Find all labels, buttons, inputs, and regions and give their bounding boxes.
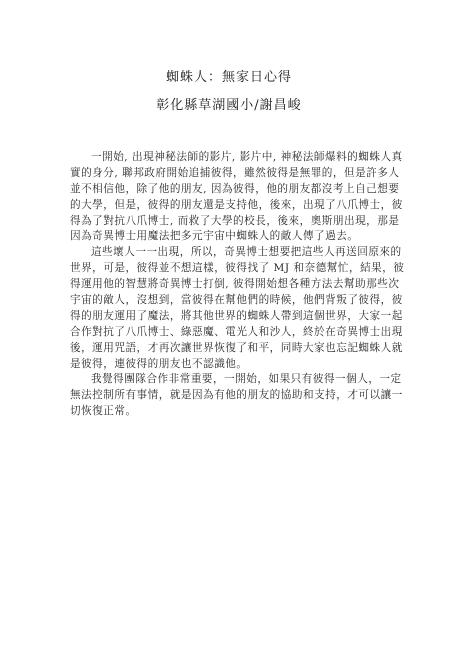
text-line: 無法控制所有事情，就是因為有他的朋友的協助和支持，才可以讓一 [70, 388, 388, 404]
text-line: 實的身分, 聯邦政府開始追捕彼得，雖然彼得是無罪的，但是許多人 [70, 166, 388, 182]
text-line: 後，運用咒語，才再次讓世界恢復了和平，同時大家也忘記蜘蛛人就 [70, 341, 388, 357]
paragraph-3: 我覺得團隊合作非常重要，一開始，如果只有彼得一個人，一定 無法控制所有事情，就是… [70, 372, 388, 420]
text-line: 一開始, 出現神秘法師的影片, 影片中, 神秘法師爆料的蜘蛛人真 [70, 150, 388, 166]
document-author: 彰化縣草湖國小/謝昌峻 [0, 94, 458, 113]
document-body: 一開始, 出現神秘法師的影片, 影片中, 神秘法師爆料的蜘蛛人真 實的身分, 聯… [70, 150, 388, 420]
text-line: 因為奇異博士用魔法把多元宇宙中蜘蛛人的敵人傳了過去。 [70, 229, 388, 245]
text-line: 世界，可是，彼得並不想這樣，彼得找了 MJ 和奈德幫忙，結果，彼 [70, 261, 388, 277]
text-line: 並不相信他，除了他的朋友, 因為彼得，他的朋友都沒考上自己想要 [70, 182, 388, 198]
text-line: 合作對抗了八爪博士、綠惡魔、電光人和沙人，終於在奇異博士出現 [70, 325, 388, 341]
text-line: 的大學，但是，彼得的朋友還是支持他，後來，出現了八爪博士，彼 [70, 198, 388, 214]
text-line: 是彼得，連彼得的朋友也不認識他。 [70, 357, 388, 373]
document-title: 蜘蛛人：無家日心得 [0, 66, 458, 85]
paragraph-1: 一開始, 出現神秘法師的影片, 影片中, 神秘法師爆料的蜘蛛人真 實的身分, 聯… [70, 150, 388, 245]
text-line: 這些壞人一一出現，所以，奇異博士想要把這些人再送回原來的 [70, 245, 388, 261]
text-line: 得為了對抗八爪博士, 而救了大學的校長，後來，奧斯朋出現，那是 [70, 214, 388, 230]
text-line: 切恢復正常。 [70, 404, 388, 420]
text-line: 得運用他的智慧將奇異博士打倒, 彼得開始想各種方法去幫助那些次 [70, 277, 388, 293]
paragraph-2: 這些壞人一一出現，所以，奇異博士想要把這些人再送回原來的 世界，可是，彼得並不想… [70, 245, 388, 372]
text-line: 我覺得團隊合作非常重要，一開始，如果只有彼得一個人，一定 [70, 372, 388, 388]
text-line: 得的朋友運用了魔法，將其他世界的蜘蛛人帶到這個世界，大家一起 [70, 309, 388, 325]
document-page: 蜘蛛人：無家日心得 彰化縣草湖國小/謝昌峻 一開始, 出現神秘法師的影片, 影片… [0, 0, 458, 648]
text-line: 宇宙的敵人，沒想到，當彼得在幫他們的時候，他們背叛了彼得，彼 [70, 293, 388, 309]
